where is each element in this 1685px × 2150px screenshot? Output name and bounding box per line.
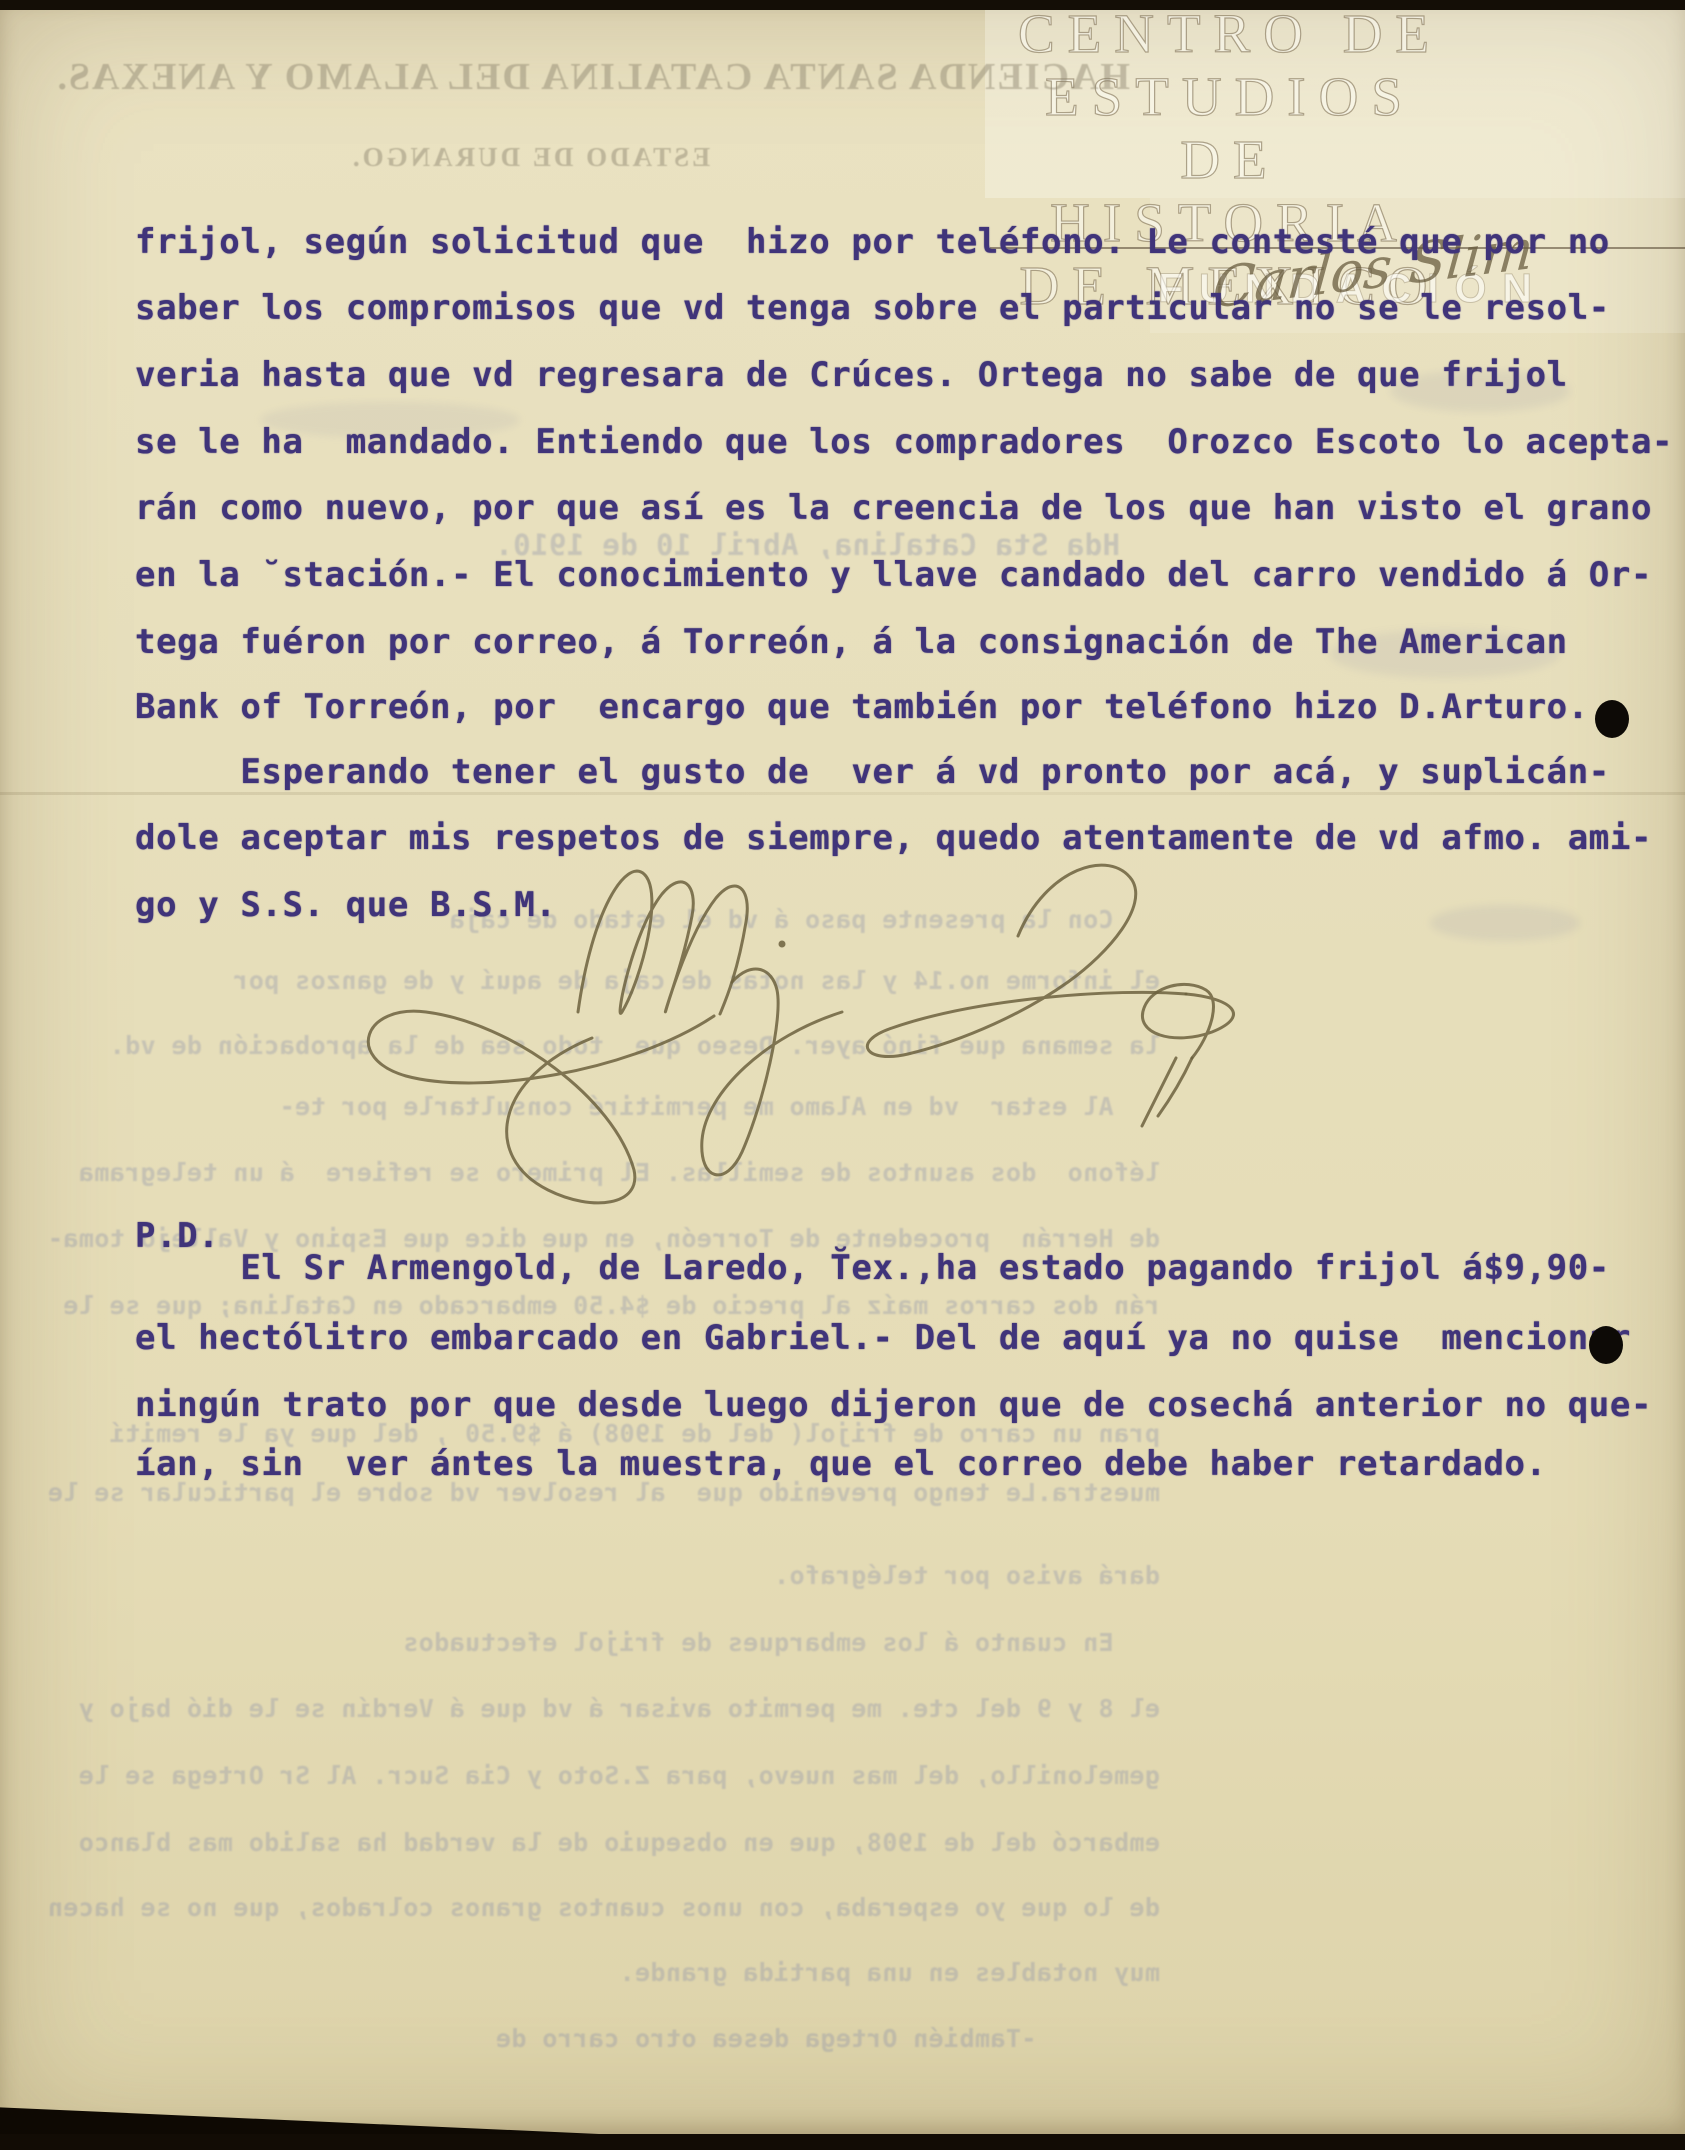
typed-line: Esperando tener el gusto de ver á vd pro… [135, 752, 1685, 792]
bleed-line: En cuanto á los embarques de frijol efec… [75, 1628, 1160, 1658]
signature-flourish-icon [330, 840, 1370, 1220]
typed-line: en la ˘stación.- El conocimiento y llave… [135, 555, 1685, 595]
typed-line: Bank of Torreón, por encargo que también… [135, 687, 1685, 727]
typed-line: rán como nuevo, por que así es la creenc… [135, 488, 1685, 528]
typed-line: frijol, según solicitud que hizo por tel… [135, 222, 1685, 262]
scan-edge-top [0, 0, 1685, 10]
typed-line: veria hasta que vd regresara de Crúces. … [135, 355, 1685, 395]
bleed-line: gemelonillo, del mas nuevo, para Z.Soto … [75, 1761, 1160, 1791]
typed-line: saber los compromisos que vd tenga sobre… [135, 288, 1685, 328]
bleed-letterhead-1: HACIENDA SANTA CATALINA DEL ALAMO Y ANEX… [215, 55, 1130, 99]
bleed-line: muy notables en una partida grande. [75, 1958, 1160, 1988]
punch-hole [1589, 1326, 1623, 1364]
bleed-letterhead-2: ESTADO DE DURANGO. [280, 142, 780, 173]
typed-line: ían, sin ver ántes la muestra, que el co… [135, 1444, 1685, 1484]
typed-line: ningún trato por que desde luego dijeron… [135, 1385, 1685, 1425]
bleed-line: dará aviso por telégrafo. [75, 1561, 1160, 1591]
paper-crease [0, 792, 1685, 795]
bleed-line: -También Ortega desea otro carro de [75, 2024, 1160, 2054]
bleed-line: el 8 y 9 del cte. me permito avisar á vd… [75, 1694, 1160, 1724]
typed-line: El Sr Armengold, de Laredo, T̆ex.,ha est… [135, 1248, 1685, 1288]
typed-line: el hectólitro embarcado en Gabriel.- Del… [135, 1318, 1685, 1358]
punch-hole [1595, 700, 1629, 738]
handwritten-signature [330, 840, 1370, 1220]
typed-line: tega fuéron por correo, á Torreón, á la … [135, 622, 1685, 662]
bleed-line: de lo que yo esperaba, con unos cuantos … [75, 1893, 1160, 1923]
scan-edge-bottom [0, 2134, 1685, 2150]
bleed-line: rán dos carros maíz al precio de $4.50 e… [75, 1291, 1160, 1321]
scanned-letter-page: { "watermark": { "institution": "CENTRO … [0, 0, 1685, 2150]
typed-line: se le ha mandado. Entiendo que los compr… [135, 422, 1685, 462]
bleed-line: embarcó del de 1908, que en obsequio de … [75, 1828, 1160, 1858]
